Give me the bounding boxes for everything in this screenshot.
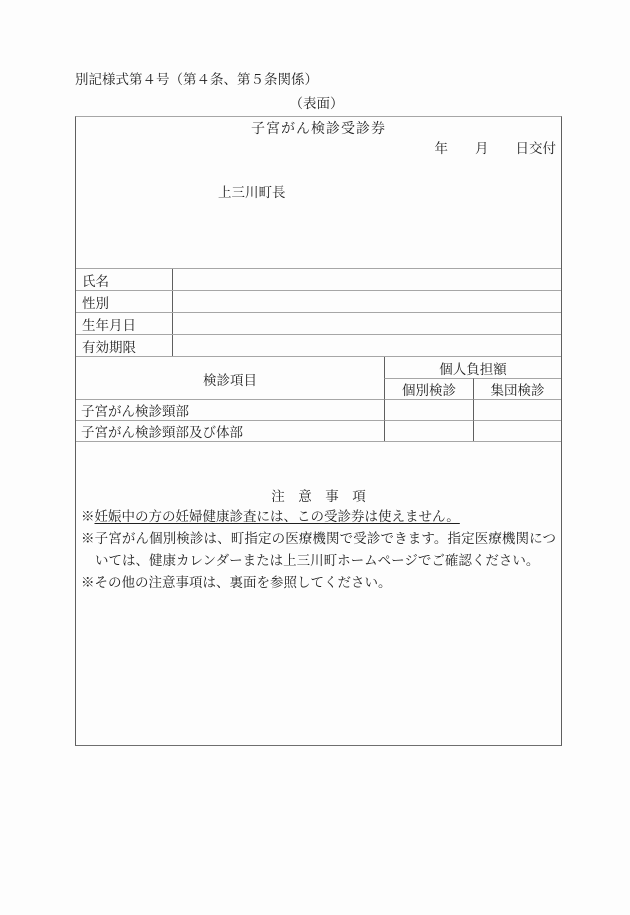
info-row-expiry: 有効期限 (76, 334, 561, 356)
note-text: その他の注意事項は、裏面を参照してください。 (95, 575, 392, 590)
exam-item-name: 子宮がん検診頸部及び体部 (76, 420, 384, 441)
ticket-title: 子宮がん検診受診券 (76, 121, 561, 139)
exam-subheader-group: 集団検診 (473, 378, 561, 399)
note-item: ※妊娠中の方の妊婦健康診査には、この受診券は使えません。 (81, 506, 556, 528)
ticket-header: 子宮がん検診受診券 年 月 日交付 上三川町長 (76, 117, 561, 268)
info-row-birthdate: 生年月日 (76, 312, 561, 334)
note-marker: ※ (81, 531, 95, 546)
issue-date-line: 年 月 日交付 (76, 141, 561, 157)
info-label: 有効期限 (76, 335, 173, 356)
document-page: 別記様式第４号（第４条、第５条関係） （表面） 子宮がん検診受診券 年 月 日交… (0, 0, 630, 915)
info-value (173, 313, 561, 334)
exam-fee-individual (384, 420, 473, 441)
exam-subheader-individual: 個別検診 (384, 378, 473, 399)
info-label: 氏名 (76, 269, 173, 290)
notes-heading: 注 意 事 項 (81, 488, 556, 506)
info-label: 性別 (76, 291, 173, 312)
note-item: ※子宮がん個別検診は、町指定の医療機関で受診できます。指定医療機関については、健… (81, 528, 556, 572)
info-value (173, 335, 561, 356)
exam-fee-individual (384, 399, 473, 420)
exam-fee-table: 検診項目 個人負担額 個別検診 集団検診 子宮がん検診頸部 子宮がん検診頸部及び… (76, 356, 561, 441)
notes-section: 注 意 事 項 ※妊娠中の方の妊婦健康診査には、この受診券は使えません。 ※子宮… (76, 441, 561, 745)
exam-item-name: 子宮がん検診頸部 (76, 399, 384, 420)
form-number-line: 別記様式第４号（第４条、第５条関係） (75, 71, 318, 89)
exam-item-header: 検診項目 (76, 357, 384, 399)
issuer-name: 上三川町長 (76, 185, 561, 201)
exam-fee-group (473, 420, 561, 441)
note-marker: ※ (81, 509, 95, 524)
info-value (173, 291, 561, 312)
exam-fee-header: 個人負担額 (384, 357, 561, 378)
note-marker: ※ (81, 575, 95, 590)
ticket-box: 子宮がん検診受診券 年 月 日交付 上三川町長 氏名 性別 生年月日 有効期限 … (75, 116, 562, 746)
note-text: 子宮がん個別検診は、町指定の医療機関で受診できます。指定医療機関については、健康… (95, 531, 556, 568)
info-value (173, 269, 561, 290)
note-item: ※その他の注意事項は、裏面を参照してください。 (81, 572, 556, 594)
note-text: 妊娠中の方の妊婦健康診査には、この受診券は使えません。 (95, 509, 460, 524)
info-label: 生年月日 (76, 313, 173, 334)
info-row-name: 氏名 (76, 268, 561, 290)
exam-fee-group (473, 399, 561, 420)
info-row-sex: 性別 (76, 290, 561, 312)
side-label: （表面） (75, 95, 558, 113)
